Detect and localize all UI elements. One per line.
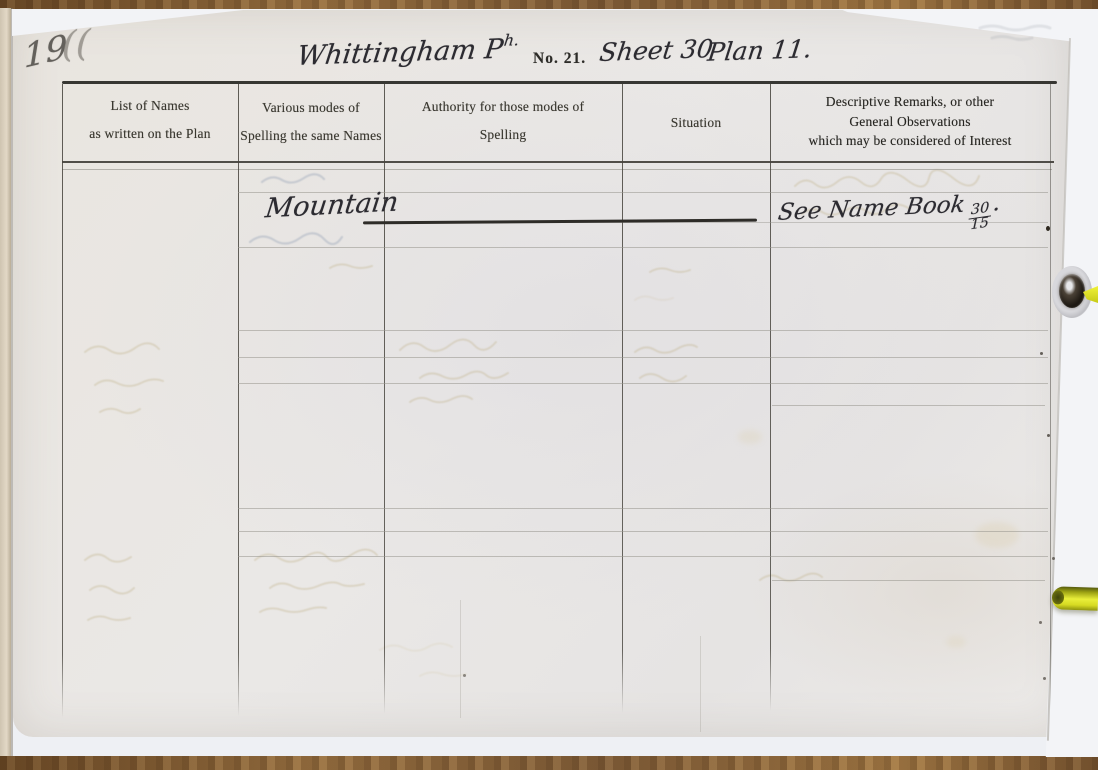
- column-header-names: List of Names as written on the Plan: [62, 98, 238, 142]
- paper-stain: [946, 636, 966, 648]
- row-rule: [238, 383, 1048, 384]
- punch-hole: [1059, 274, 1085, 308]
- column-header-line: Authority for those modes of: [422, 99, 584, 115]
- binding-string: [1052, 586, 1098, 611]
- row-rule: [238, 508, 1048, 509]
- column-header-line: General Observations: [849, 114, 970, 130]
- paper-crease: [460, 600, 461, 718]
- title-sheet-handwritten: Sheet 30: [598, 34, 715, 67]
- row-rule: [238, 247, 1048, 248]
- row-rule: [238, 357, 1048, 358]
- row-rule-remarks: [772, 405, 1045, 406]
- column-header-line: Descriptive Remarks, or other: [826, 94, 995, 110]
- column-header-line: Various modes of: [262, 100, 360, 116]
- column-header-situation: Situation: [622, 115, 770, 131]
- title-plan-handwritten: Plan 11.: [706, 34, 814, 67]
- ink-fleck: [1052, 557, 1055, 560]
- column-header-remarks: Descriptive Remarks, or other General Ob…: [770, 94, 1050, 149]
- column-divider-1: [238, 84, 239, 716]
- paper-stain: [975, 522, 1019, 548]
- row-rule: [238, 330, 1048, 331]
- table-right-border: [1050, 84, 1051, 710]
- column-header-line: which may be considered of Interest: [808, 133, 1011, 149]
- column-header-line: Spelling the same Names: [240, 128, 381, 144]
- row-rule: [238, 556, 1048, 557]
- ink-fleck: [463, 674, 466, 677]
- entry-remarks-handwritten: See Name Book3015.: [775, 190, 1003, 240]
- header-bottom-rule: [62, 161, 1054, 163]
- ink-fleck: [1039, 621, 1042, 624]
- header-bottom-rule-2: [62, 169, 1052, 170]
- left-page-stack-edge: [0, 8, 11, 756]
- column-divider-2: [384, 84, 385, 714]
- column-header-line: Spelling: [480, 127, 527, 143]
- column-header-line: List of Names: [110, 98, 189, 114]
- column-header-line: Situation: [671, 115, 722, 131]
- column-divider-3: [622, 84, 623, 713]
- column-header-spelling: Various modes of Spelling the same Names: [238, 100, 384, 144]
- paper-crease: [700, 636, 701, 732]
- scanned-name-book-page: 19 (( Whittingham Ph. No. 21. Sheet 30 P…: [0, 0, 1098, 770]
- ink-fleck: [1043, 677, 1046, 680]
- paper-stain: [738, 430, 762, 444]
- printed-sheet-number: No. 21.: [533, 50, 586, 68]
- table-left-border: [62, 84, 63, 718]
- column-divider-4: [770, 84, 771, 711]
- column-header-line: as written on the Plan: [89, 126, 210, 142]
- row-rule-remarks: [772, 580, 1045, 581]
- table-top-border: [62, 81, 1057, 84]
- ink-fleck: [1040, 352, 1043, 355]
- row-rule: [238, 531, 1048, 532]
- column-header-authority: Authority for those modes of Spelling: [384, 99, 622, 143]
- page-number-flourish: ((: [61, 23, 91, 66]
